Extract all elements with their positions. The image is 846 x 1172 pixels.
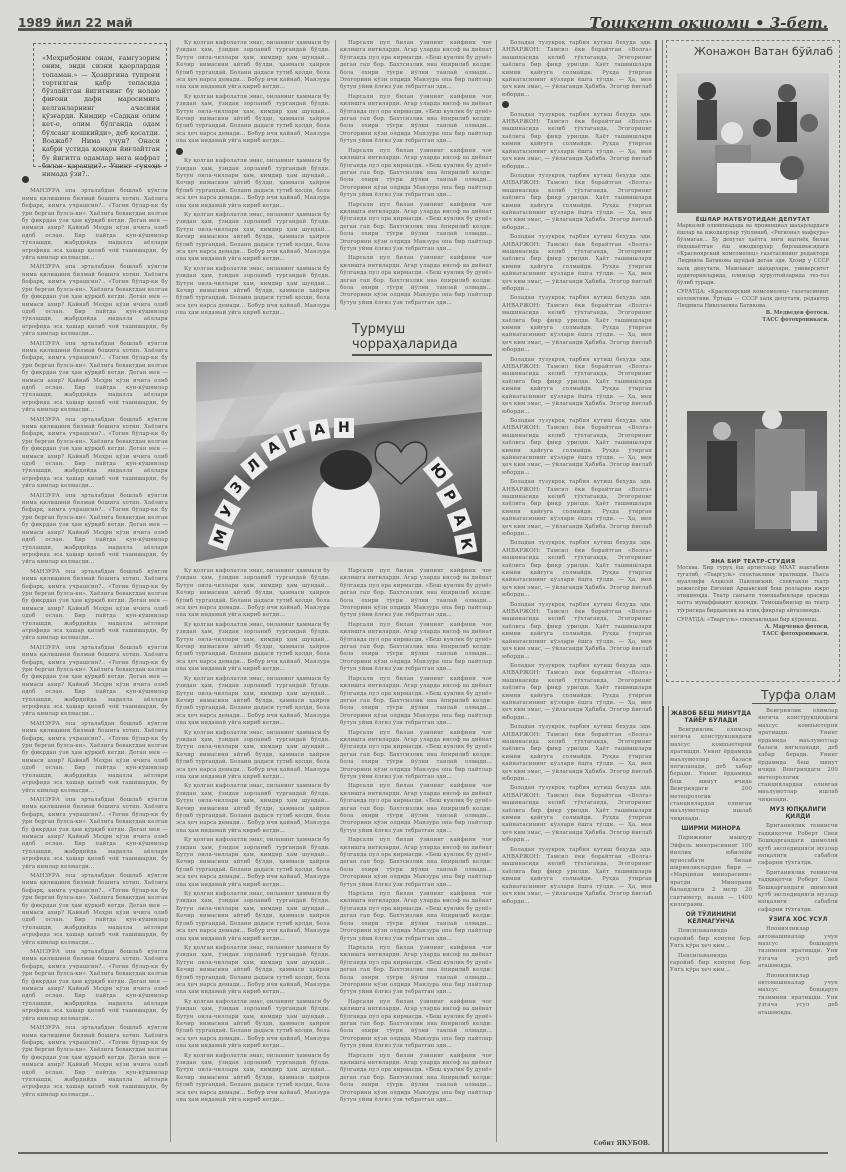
photo-letter: К	[454, 533, 477, 556]
column-3-lower-text: Нарсали пул билан ўзининг кайфини чоғ қи…	[340, 1053, 492, 1105]
column-1-text-cont: МАНЗУРА опа эрталабдан бошлаб кўнгли ним…	[22, 264, 168, 338]
masthead: 1989 йил 22 май Тошкент оқшоми • 3-бет.	[18, 14, 828, 36]
turfa-item-text-cont: Японияликлар автомашиналар учун махсус б…	[758, 973, 838, 1017]
page-bottom-rule	[18, 1152, 828, 1154]
column-1-text-cont: МАНЗУРА опа эрталабдан бошлаб кўнгли ним…	[22, 417, 168, 491]
photo-credit-agency: ТАСС фотохроникаси.	[677, 317, 829, 324]
lead-box: «Меҳрибоним онам, ғамгузорим оним, энди …	[33, 43, 167, 167]
column-2-text-cont: Ку қолган кафолатли эмас, оиланинг ҳамма…	[176, 94, 330, 146]
column-1-text: МАНЗУРА опа эрталабдан бошлаб кўнгли ним…	[22, 188, 168, 262]
photo-letter: Н	[334, 418, 354, 438]
column-4-text-cont: Боладан тузукроқ тарбия кутиш беҳуда эди…	[502, 173, 652, 232]
bullet-icon	[22, 176, 29, 183]
masthead-rule	[18, 28, 828, 31]
column-3-lower: Нарсали пул билан ўзининг кайфини чоғ қи…	[340, 568, 492, 1152]
turfa-rule	[662, 706, 669, 1152]
column-4-text-cont: Боладан тузукроқ тарбия кутиш беҳуда эди…	[502, 295, 652, 354]
photo-caption: СУРАТДА: «Тваргуль» спектаклидан бир кўр…	[677, 617, 829, 624]
column-3-text-cont: Нарсали пул билан ўзининг кайфини чоғ қи…	[340, 148, 492, 200]
story-deputy: ЁШЛАР МАТБУОТИДАН ДЕПУТАТ Марказий олимп…	[677, 217, 829, 324]
column-3-lower-text: Нарсали пул билан ўзининг кайфини чоғ қи…	[340, 622, 492, 674]
column-divider	[496, 40, 497, 1142]
column-1-text-cont: МАНЗУРА опа эрталабдан бошлаб кўнгли ним…	[22, 873, 168, 947]
feature-section-title: Турмуш чорраҳаларида	[352, 322, 492, 356]
column-2-lower-text: Ку қолган кафолатли эмас, оиланинг ҳамма…	[176, 837, 330, 889]
photo-caption: СУРАТДА: «Красноярский комсомолец» газет…	[677, 289, 829, 310]
column-3-lower-text: Нарсали пул билан ўзининг кайфини чоғ қи…	[340, 676, 492, 728]
deputy-photo	[677, 73, 829, 213]
turfa-item-text-cont: Венгриялик олимлар янгича конструкциядаг…	[758, 708, 838, 804]
column-2-lower-text: Ку қолган кафолатли эмас, оиланинг ҳамма…	[176, 891, 330, 943]
column-4-text-cont: Боладан тузукроқ тарбия кутиш беҳуда эди…	[502, 418, 652, 477]
column-4-text-cont: Боладан тузукроқ тарбия кутиш беҳуда эди…	[502, 724, 652, 783]
column-4-text-cont: Боладан тузукроқ тарбия кутиш беҳуда эди…	[502, 847, 652, 906]
author-signature: Собит ЯҚУБОВ.	[560, 1140, 650, 1147]
column-4-text-cont: Боладан тузукроқ тарбия кутиш беҳуда эди…	[502, 357, 652, 416]
photo-letter: Л	[240, 452, 268, 480]
column-2-text: Ку қолган кафолатли эмас, оиланинг ҳамма…	[176, 40, 330, 92]
turfa-item-text-cont: Британиялик теннисчи тадқиқотчи Роберт С…	[758, 870, 838, 914]
column-1-text-cont: МАНЗУРА опа эрталабдан бошлаб кўнгли ним…	[22, 341, 168, 415]
frozen-heart-letters-right: Ю Р А К	[416, 462, 482, 562]
frozen-heart-letters-left: М У З Л А Г А Н	[204, 392, 354, 562]
column-2-lower-text: Ку қолган кафолатли эмас, оиланинг ҳамма…	[176, 1053, 330, 1105]
turfa-item-title: ЎЗИГА ХОС УСУЛ	[758, 917, 838, 924]
story-text: Москва. Бир гуруҳ ёш артистлар МХАТ макт…	[677, 565, 829, 615]
bullet-icon	[176, 148, 183, 155]
column-2: Ку қолган кафолатли эмас, оиланинг ҳамма…	[176, 40, 330, 335]
column-1-text-cont: МАНЗУРА опа эрталабдан бошлаб кўнгли ним…	[22, 645, 168, 719]
column-3-lower-text: Нарсали пул билан ўзининг кайфини чоғ қи…	[340, 568, 492, 620]
column-1-text-cont: МАНЗУРА опа эрталабдан бошлаб кўнгли ним…	[22, 1025, 168, 1099]
column-4-text-cont: Боладан тузукроқ тарбия кутиш беҳуда эди…	[502, 540, 652, 599]
column-2-text-cont: Ку қолган кафолатли эмас, оиланинг ҳамма…	[176, 158, 330, 210]
newspaper-page: 1989 йил 22 май Тошкент оқшоми • 3-бет. …	[0, 0, 846, 1172]
column-2-lower-text: Ку қолган кафолатли эмас, оиланинг ҳамма…	[176, 783, 330, 835]
story-theatre: ЯНА БИР ТЕАТР-СТУДИЯ Москва. Бир гуруҳ ё…	[677, 559, 829, 638]
photo-credit: А. Марченко фотоси,	[677, 624, 829, 631]
column-4-text-cont: Боладан тузукроқ тарбия кутиш беҳуда эди…	[502, 785, 652, 844]
column-2-lower-text: Ку қолган кафолатли эмас, оиланинг ҳамма…	[176, 945, 330, 997]
bullet-icon	[502, 101, 509, 108]
column-2-lower-text: Ку қолган кафолатли эмас, оиланинг ҳамма…	[176, 730, 330, 782]
turfa-column-2: Венгриялик олимлар янгича конструкциядаг…	[758, 708, 838, 1148]
turfa-column-1: ЖАВОБ БЕШ МИНУТДА ТАЙЁР БЎЛАДИ Венгрияли…	[670, 708, 752, 1148]
column-3-lower-text: Нарсали пул билан ўзининг кайфини чоғ қи…	[340, 999, 492, 1051]
photo-letter: У	[214, 499, 241, 525]
turfa-item-title: ШИРМИ МИНОРА	[670, 826, 752, 833]
turfa-item-text: Японияликлар автомашиналар учун махсус б…	[758, 926, 838, 970]
column-4-text-cont: Боладан тузукроқ тарбия кутиш беҳуда эди…	[502, 602, 652, 661]
column-1-text-cont: МАНЗУРА опа эрталабдан бошлаб кўнгли ним…	[22, 721, 168, 795]
column-1-text-cont: МАНЗУРА опа эрталабдан бошлаб кўнгли ним…	[22, 949, 168, 1023]
turfa-item-text: Венгриялик олимлар янгича конструкциядаг…	[670, 727, 752, 823]
turfa-item-title: ЖАВОБ БЕШ МИНУТДА ТАЙЁР БЎЛАДИ	[670, 711, 752, 725]
column-2-lower: Ку қолган кафолатли эмас, оиланинг ҳамма…	[176, 568, 330, 1152]
column-4-text-cont: Боладан тузукроқ тарбия кутиш беҳуда эди…	[502, 663, 652, 722]
column-1-text-cont: МАНЗУРА опа эрталабдан бошлаб кўнгли ним…	[22, 569, 168, 643]
column-2-lower-text: Ку қолган кафолатли эмас, оиланинг ҳамма…	[176, 622, 330, 674]
column-3-text-cont: Нарсали пул билан ўзининг кайфини чоғ қи…	[340, 255, 492, 307]
turfa-item-title: МУЗ ЮПҚАЛИГИ ҚИЛДИ	[758, 807, 838, 821]
column-4-text-cont: Боладан тузукроқ тарбия кутиш беҳуда эди…	[502, 112, 652, 171]
column-3-text-cont: Нарсали пул билан ўзининг кайфини чоғ қи…	[340, 94, 492, 146]
photo-letter: А	[260, 435, 286, 462]
column-2-lower-text: Ку қолган кафолатли эмас, оиланинг ҳамма…	[176, 999, 330, 1051]
column-1: МАНЗУРА опа эрталабдан бошлаб кўнгли ним…	[22, 176, 168, 1152]
photo-letter: А	[308, 419, 330, 442]
photo-credit-agency: ТАСС фотохроникаси.	[677, 631, 829, 638]
column-3-text-cont: Нарсали пул билан ўзининг кайфини чоғ қи…	[340, 202, 492, 254]
photo-letter: Г	[283, 424, 306, 449]
turfa-item-text: Пенсильванияда ғаройиб бир конунн бор. У…	[670, 928, 752, 950]
column-1-text-cont: МАНЗУРА опа эрталабдан бошлаб кўнгли ним…	[22, 797, 168, 871]
column-3-lower-text: Нарсали пул билан ўзининг кайфини чоғ қи…	[340, 891, 492, 943]
sidebar-title: Жонажон Ватан бўйлаб	[667, 41, 839, 58]
column-divider	[335, 40, 336, 310]
turfa-section-title: Турфа олам	[752, 688, 836, 704]
column-2-text-cont: Ку қолган кафолатли эмас, оиланинг ҳамма…	[176, 266, 330, 318]
column-4-text-cont: Боладан тузукроқ тарбия кутиш беҳуда эди…	[502, 234, 652, 293]
column-3-text: Нарсали пул билан ўзининг кайфини чоғ қи…	[340, 40, 492, 92]
column-3-lower-text: Нарсали пул билан ўзининг кайфини чоғ қи…	[340, 945, 492, 997]
photo-illustration	[687, 411, 827, 551]
column-3-lower-text: Нарсали пул билан ўзининг кайфини чоғ қи…	[340, 730, 492, 782]
column-2-lower-text: Ку қолган кафолатли эмас, оиланинг ҳамма…	[176, 568, 330, 620]
column-4-text-cont: Боладан тузукроқ тарбия кутиш беҳуда эди…	[502, 479, 652, 538]
photo-letter: З	[224, 475, 251, 502]
story-text: Марказий олимпиадада ва провинциал шаҳар…	[677, 223, 829, 287]
turfa-item-title: ОЙ ТЎЛИНИНИ КЕЛМАГУНЧА	[670, 912, 752, 926]
column-divider	[170, 40, 171, 1142]
column-3-lower-text: Нарсали пул билан ўзининг кайфини чоғ қи…	[340, 837, 492, 889]
column-2-text-cont: Ку қолган кафолатли эмас, оиланинг ҳамма…	[176, 212, 330, 264]
column-3-lower-text: Нарсали пул билан ўзининг кайфини чоғ қи…	[340, 783, 492, 835]
photo-letter: М	[208, 523, 234, 550]
lead-text: «Меҳрибоним онам, ғамгузорим оним, энди …	[42, 54, 160, 178]
feature-photo: М У З Л А Г А Н Ю Р А К	[196, 362, 482, 562]
column-3: Нарсали пул билан ўзининг кайфини чоғ қи…	[340, 40, 492, 310]
turfa-item-text: Парижнинг машҳур Эйфель минорасининг 100…	[670, 835, 752, 909]
sidebar-box: Жонажон Ватан бўйлаб ЁШЛАР МАТБУОТИДАН Д…	[666, 40, 840, 682]
turfa-item-text-cont: Пенсильванияда ғаройиб бир конунн бор. У…	[670, 953, 752, 975]
photo-letter: Р	[436, 483, 462, 509]
photo-illustration	[677, 73, 829, 213]
column-2-lower-text: Ку қолган кафолатли эмас, оиланинг ҳамма…	[176, 676, 330, 728]
column-4-text: Боладан тузукроқ тарбия кутиш беҳуда эди…	[502, 40, 652, 99]
photo-letter: А	[447, 508, 472, 533]
column-1-text-cont: МАНЗУРА опа эрталабдан бошлаб кўнгли ним…	[22, 493, 168, 567]
theatre-photo	[687, 411, 827, 551]
column-4: Боладан тузукроқ тарбия кутиш беҳуда эди…	[502, 40, 652, 1112]
turfa-item-text: Британиялик теннисчи тадқиқотчи Роберт С…	[758, 823, 838, 867]
